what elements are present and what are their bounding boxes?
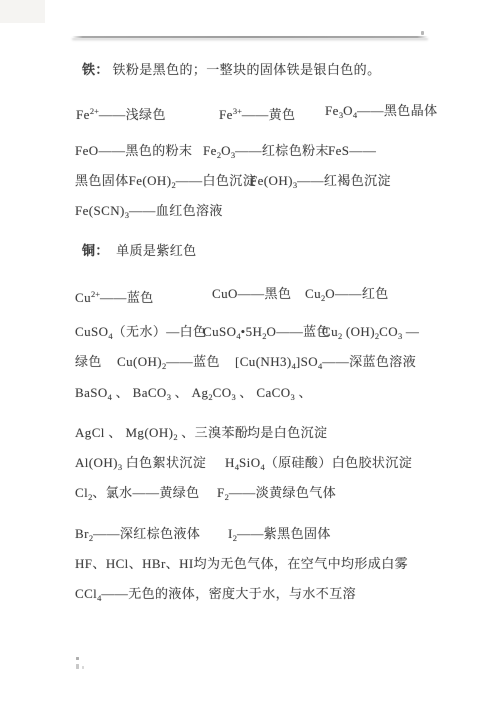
white-precipitate-list-line: AgCl 、 Mg(OH)2 、三溴苯酚 — [75, 425, 248, 445]
fe3o4-line: Fe3O4——黑色晶体 — [325, 103, 438, 123]
text-segment: Br — [75, 526, 89, 541]
text-segment: ——白色沉淀 — [176, 173, 256, 188]
text-segment: Cu — [75, 290, 91, 305]
text-segment: ——紫黑色固体 — [237, 526, 331, 541]
scan-corner-artifact — [0, 0, 45, 23]
text-segment: ——深红棕色液体 — [93, 526, 200, 541]
document-page: 铁： 铁粉是黑色的；一整块的固体铁是银白色的。 Fe2+——浅绿色 Fe3+——… — [0, 0, 500, 708]
cu2plus-line: Cu2+——蓝色 — [75, 286, 154, 306]
text-segment: ——深蓝色溶液 — [322, 354, 416, 369]
feoh2-line: 黑色固体Fe(OH)2——白色沉淀 — [75, 173, 256, 193]
cuo-line: CuO——黑色 — [212, 286, 291, 302]
text-segment: Fe — [76, 107, 90, 122]
text-segment: CuO——黑色 — [212, 286, 291, 301]
text-segment: （原硅酸）白色胶状沉淀 — [265, 455, 412, 470]
br2-line: Br2——深红棕色液体 — [75, 526, 200, 546]
text-segment: Fe(SCN) — [75, 203, 125, 218]
fes-line: FeS—— — [328, 143, 376, 159]
text-segment: 白色絮状沉淀 — [122, 455, 206, 470]
text-segment: ——浅绿色 — [99, 107, 166, 122]
text-segment: AgCl 、 Mg(OH) — [75, 425, 173, 440]
feo-line: FeO——黑色的粉末 — [75, 143, 192, 159]
aloh3-line: Al(OH)3 白色絮状沉淀 — [75, 455, 206, 475]
text-segment: Al(OH) — [75, 455, 118, 470]
h4sio4-line: H4SiO4（原硅酸）白色胶状沉淀 — [225, 455, 412, 475]
cu2o-line: Cu2O——红色 — [305, 286, 389, 306]
scan-speck-bottom-left — [82, 666, 84, 669]
cl2-line: Cl2、氯水——黄绿色 — [75, 485, 200, 505]
ccl4-line: CCl4——无色的液体，密度大于水，与水不互溶 — [75, 586, 356, 606]
scan-speck-bottom-left — [76, 664, 79, 669]
fescn3-line: Fe(SCN)3——血红色溶液 — [75, 203, 223, 223]
text-segment: 黑色固体Fe(OH) — [75, 173, 171, 188]
copper-heading-line: 铜： 单质是紫红色 — [82, 243, 197, 259]
text-segment: ——血红色溶液 — [129, 203, 223, 218]
text-segment: Cu — [322, 324, 338, 339]
iron-heading-line: 铁： 铁粉是黑色的；一整块的固体铁是银白色的。 — [82, 62, 380, 78]
feoh3-line: Fe(OH)3——红褐色沉淀 — [250, 173, 391, 193]
text-segment: ]SO — [296, 354, 318, 369]
text-segment: 、 — [295, 385, 312, 400]
text-segment: CO — [213, 385, 232, 400]
text-segment: ——蓝色 — [166, 354, 220, 369]
text-segment: 、三溴苯酚 — [178, 425, 249, 440]
text-segment: Fe — [325, 103, 339, 118]
text-segment: CO — [379, 324, 398, 339]
text-segment: 3+ — [233, 106, 242, 116]
text-segment: O — [221, 143, 231, 158]
cu2oh2co3-line: Cu2 (OH)2CO3 — — [322, 324, 419, 344]
text-segment: 绿色 — [75, 354, 102, 369]
text-segment: CuSO — [203, 324, 236, 339]
scan-speck-top-right — [421, 31, 424, 35]
carbonate-list-line: BaSO4 、 BaCO3 、 Ag2CO3 、 CaCO3 、 — [75, 385, 312, 405]
text-segment: 单质是紫红色 — [109, 243, 197, 258]
text-segment: 、氯水——黄绿色 — [92, 485, 199, 500]
text-segment: 均是白色沉淀 — [247, 425, 327, 440]
text-segment: 铜： — [82, 243, 109, 258]
text-segment: Fe — [219, 107, 233, 122]
text-segment: 、 Ag — [171, 385, 208, 400]
text-segment: •5H — [241, 324, 263, 339]
white-precipitate-note-line: 均是白色沉淀 — [247, 425, 327, 441]
green-cont-line: 绿色 — [75, 354, 102, 370]
text-segment: — — [402, 324, 419, 339]
text-segment: Cu — [305, 286, 321, 301]
scan-edge-line — [72, 36, 428, 38]
text-segment: O——蓝色 — [267, 324, 330, 339]
cuso4-5h2o-line: CuSO4•5H2O——蓝色 — [203, 324, 330, 344]
fe3plus-line: Fe3+——黄色 — [219, 103, 295, 123]
text-segment: Cl — [75, 485, 88, 500]
text-segment: O——红色 — [325, 286, 388, 301]
fe2plus-line: Fe2+——浅绿色 — [76, 103, 166, 123]
text-segment: Cu(OH) — [117, 354, 162, 369]
text-segment: [Cu(NH3) — [235, 354, 292, 369]
cuoh2-line: Cu(OH)2——蓝色 — [117, 354, 220, 374]
scan-speck-bottom-left — [76, 657, 79, 660]
f2-line: F2——淡黄绿色气体 — [217, 485, 336, 505]
text-segment: BaSO — [75, 385, 108, 400]
text-segment: 铁粉是黑色的；一整块的固体铁是银白色的。 — [109, 62, 381, 77]
cunh34so4-line: [Cu(NH3)4]SO4——深蓝色溶液 — [235, 354, 416, 374]
text-segment: CuSO — [75, 324, 108, 339]
text-segment: ——黑色晶体 — [357, 103, 437, 118]
text-segment: 、 BaCO — [112, 385, 167, 400]
text-segment: CCl — [75, 586, 97, 601]
text-segment: ——无色的液体，密度大于水，与水不互溶 — [101, 586, 356, 601]
text-segment: F — [217, 485, 225, 500]
text-segment: ——黄色 — [242, 107, 296, 122]
text-segment: 2+ — [91, 289, 100, 299]
text-segment: ——红褐色沉淀 — [297, 173, 391, 188]
text-segment: FeO——黑色的粉末 — [75, 143, 192, 158]
cuso4-anhydrous-line: CuSO4（无水）—白色 — [75, 324, 206, 344]
text-segment: ——蓝色 — [100, 290, 154, 305]
hydrogen-halides-line: HF、HCl、HBr、HI均为无色气体，在空气中均形成白雾 — [75, 556, 408, 572]
text-segment: 铁： — [82, 62, 109, 77]
text-segment: SiO — [239, 455, 260, 470]
text-segment: HF、HCl、HBr、HI均为无色气体，在空气中均形成白雾 — [75, 556, 408, 571]
text-segment: (OH) — [342, 324, 375, 339]
text-segment: Fe — [203, 143, 217, 158]
text-segment: H — [225, 455, 235, 470]
text-segment: FeS—— — [328, 143, 376, 158]
fe2o3-line: Fe2O3——红棕色粉末 — [203, 143, 329, 163]
text-segment: 、 CaCO — [236, 385, 291, 400]
text-segment: O — [343, 103, 353, 118]
text-segment: ——红棕色粉末 — [235, 143, 329, 158]
i2-line: I2——紫黑色固体 — [228, 526, 331, 546]
text-segment: ——淡黄绿色气体 — [229, 485, 336, 500]
text-segment: 2+ — [90, 106, 99, 116]
text-segment: Fe(OH) — [250, 173, 293, 188]
text-segment: （无水）—白色 — [113, 324, 207, 339]
